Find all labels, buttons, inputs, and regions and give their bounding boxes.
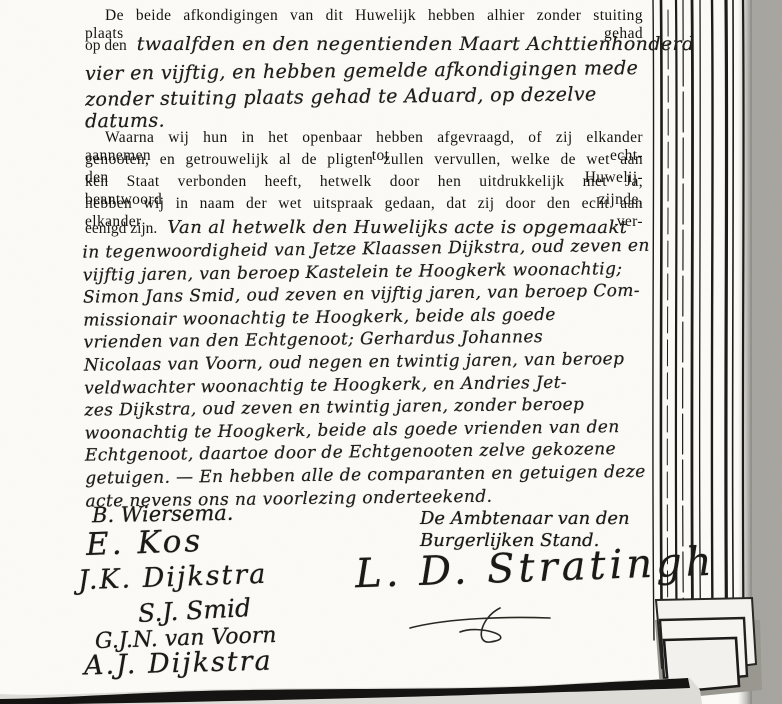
signature-wiersema: B. Wiersema. [92,501,234,527]
handwritten-line: vier en vijftig, en hebben gemelde afkon… [85,57,638,85]
handwritten-act-first: Van al hetwelk den Huwelijks acte is opg… [167,217,627,238]
handwritten-line: zonder stuiting plaats gehad te Aduard, … [85,83,597,110]
signature-stratingh: L. D. Stratingh [354,539,716,598]
handwritten-date-part: twaalfden en den negentienden Maart Acht… [137,33,695,55]
signature-dijkstra-aj: A.J. Dijkstra [84,646,273,682]
printed-prefix-op-den: op den [85,37,127,54]
printed-eenigd-zijn: eenigd zijn. [85,220,157,237]
mixed-date-line: op dentwaalfden en den negentienden Maar… [85,33,725,55]
signature-smid: S.J. Smid [137,593,251,628]
signature-dijkstra-jk: J.K. Dijkstra [78,559,268,597]
record-content: De beide afkondigingen van dit Huwelijk … [0,0,782,704]
signature-kos: E. Kos [85,523,203,563]
official-title-line1: De Ambtenaar van den [420,508,630,529]
handwritten-act-block: in tegenwoordigheid van Jetze Klaassen D… [82,234,685,512]
scanned-marriage-record: De beide afkondigingen van dit Huwelijk … [0,0,782,704]
signature-flourish [400,598,600,648]
